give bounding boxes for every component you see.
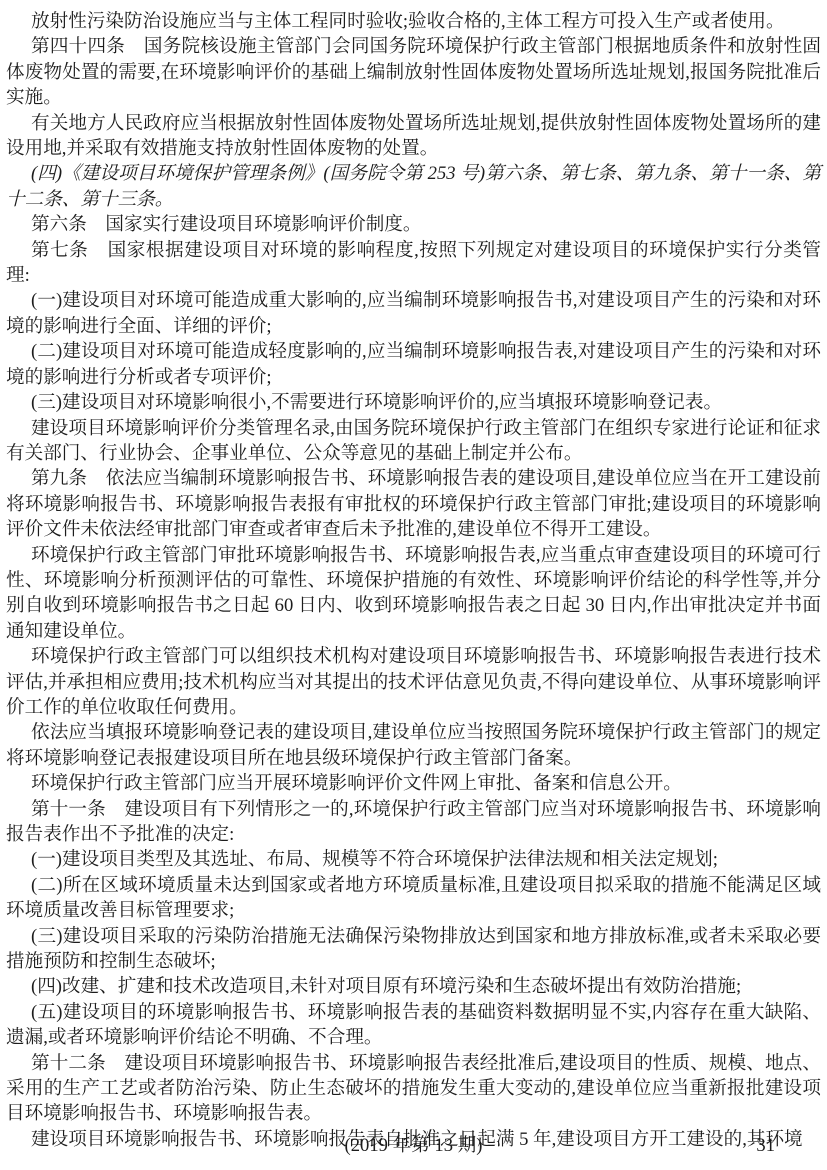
paragraph-article-11: 第十一条 建设项目有下列情形之一的,环境保护行政主管部门应当对环境影响报告书、环…: [6, 797, 821, 848]
paragraph-item-1: (一)建设项目对环境可能造成重大影响的,应当编制环境影响报告书,对建设项目产生的…: [6, 288, 821, 339]
paragraph: 环境保护行政主管部门应当开展环境影响评价文件网上审批、备案和信息公开。: [6, 771, 821, 796]
paragraph: 建设项目环境影响评价分类管理名录,由国务院环境保护行政主管部门在组织专家进行论证…: [6, 416, 821, 467]
paragraph-article-12: 第十二条 建设项目环境影响报告书、环境影响报告表经批准后,建设项目的性质、规模、…: [6, 1051, 821, 1127]
paragraph-article-7: 第七条 国家根据建设项目对环境的影响程度,按照下列规定对建设项目的环境保护实行分…: [6, 238, 821, 289]
paragraph: 环境保护行政主管部门可以组织技术机构对建设项目环境影响报告书、环境影响报告表进行…: [6, 644, 821, 720]
paragraph: 依法应当填报环境影响登记表的建设项目,建设单位应当按照国务院环境保护行政主管部门…: [6, 720, 821, 771]
paragraph-item-3: (三)建设项目采取的污染防治措施无法确保污染物排放达到国家和地方排放标准,或者未…: [6, 924, 821, 975]
paragraph-item-3: (三)建设项目对环境影响很小,不需要进行环境影响评价的,应当填报环境影响登记表。: [6, 390, 821, 415]
paragraph-article-44: 第四十四条 国务院核设施主管部门会同国务院环境保护行政主管部门根据地质条件和放射…: [6, 34, 821, 110]
document-body: 放射性污染防治设施应当与主体工程同时验收;验收合格的,主体工程方可投入生产或者使…: [6, 9, 821, 1152]
paragraph-cited-regulation: (四)《建设项目环境保护管理条例》(国务院令第 253 号)第六条、第七条、第九…: [6, 161, 821, 212]
paragraph-item-2: (二)建设项目对环境可能造成轻度影响的,应当编制环境影响报告表,对建设项目产生的…: [6, 339, 821, 390]
paragraph: 环境保护行政主管部门审批环境影响报告书、环境影响报告表,应当重点审查建设项目的环…: [6, 543, 821, 645]
paragraph-article-9: 第九条 依法应当编制环境影响报告书、环境影响报告表的建设项目,建设单位应当在开工…: [6, 466, 821, 542]
paragraph-item-1: (一)建设项目类型及其选址、布局、规模等不符合环境保护法律法规和相关法定规划;: [6, 847, 821, 872]
paragraph: 有关地方人民政府应当根据放射性固体废物处置场所选址规划,提供放射性固体废物处置场…: [6, 111, 821, 162]
page-footer: (2019 年第 13 期) 31: [0, 1133, 827, 1158]
paragraph-item-2: (二)所在区域环境质量未达到国家或者地方环境质量标准,且建设项目拟采取的措施不能…: [6, 873, 821, 924]
paragraph: 放射性污染防治设施应当与主体工程同时验收;验收合格的,主体工程方可投入生产或者使…: [6, 9, 821, 34]
paragraph-article-6: 第六条 国家实行建设项目环境影响评价制度。: [6, 212, 821, 237]
page-number: 31: [756, 1133, 775, 1158]
document-page: 放射性污染防治设施应当与主体工程同时验收;验收合格的,主体工程方可投入生产或者使…: [0, 0, 827, 1170]
issue-label: (2019 年第 13 期): [345, 1135, 483, 1156]
paragraph-item-5: (五)建设项目的环境影响报告书、环境影响报告表的基础资料数据明显不实,内容存在重…: [6, 1000, 821, 1051]
paragraph-item-4: (四)改建、扩建和技术改造项目,未针对项目原有环境污染和生态破坏提出有效防治措施…: [6, 974, 821, 999]
